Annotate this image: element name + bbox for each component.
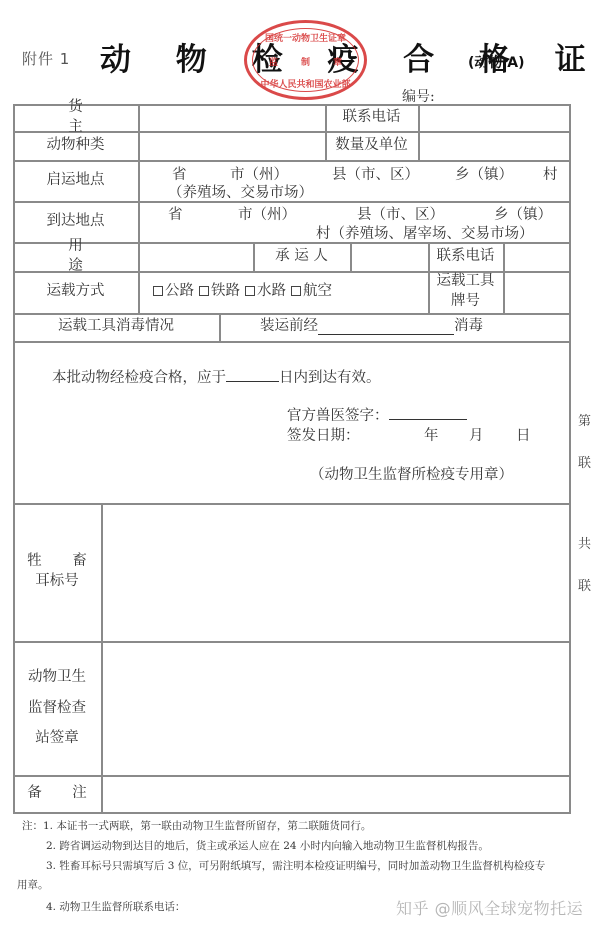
issue-date-year[interactable]: 年: [424, 424, 439, 445]
note-2: 2. 跨省调运动物到达目的地后，货主或承运人应在 24 小时内向输入地动物卫生监…: [46, 838, 489, 853]
checkbox-icon[interactable]: [199, 286, 209, 296]
checkpoint-label-line3: 站签章: [35, 723, 79, 753]
owner-label: 货 主: [13, 104, 138, 131]
seal-bottom-text: 中华人民共和国农业部: [247, 77, 364, 90]
validity-statement: 本批动物经检疫合格，应于日内到达有效。: [52, 366, 381, 387]
transport-option-road[interactable]: 公路: [153, 282, 194, 302]
issue-date-day[interactable]: 日: [516, 424, 531, 445]
vehicle-plate-label: 运载工具 牌号: [428, 271, 503, 313]
checkpoint-stamp-field[interactable]: [102, 641, 569, 775]
carrier-phone-field[interactable]: [504, 242, 569, 271]
origin-village: 村: [543, 163, 558, 184]
checkbox-icon[interactable]: [291, 286, 301, 296]
issue-date-label: 签发日期：: [287, 424, 360, 445]
validity-days-blank[interactable]: [226, 368, 279, 382]
checkbox-icon[interactable]: [245, 286, 255, 296]
option-label: 铁路: [211, 283, 240, 299]
watermark: 知乎 @顺风全球宠物托运: [396, 896, 583, 919]
destination-site-type: 村（养殖场、屠宰场、交易市场）: [316, 222, 534, 243]
vehicle-plate-field[interactable]: [504, 271, 569, 313]
quantity-field[interactable]: [419, 131, 569, 160]
transport-mode-options: 公路 铁路 水路 航空: [153, 271, 423, 313]
vet-signature-label: 官方兽医签字：: [287, 408, 389, 424]
disinfection-field: 装运前经 消毒: [260, 313, 560, 341]
species-field[interactable]: [139, 131, 325, 160]
disinfection-method-blank[interactable]: [318, 319, 454, 335]
issue-date-month[interactable]: 月: [469, 424, 484, 445]
owner-phone-field[interactable]: [419, 104, 569, 131]
vet-signature-blank[interactable]: [389, 406, 467, 420]
option-label: 航空: [303, 283, 332, 299]
vet-signature-row: 官方兽医签字：: [287, 404, 467, 425]
seal-middle-text: 监 制 章: [247, 55, 364, 68]
vehicle-label-line1: 运载工具: [437, 272, 495, 292]
carrier-field[interactable]: [351, 242, 428, 271]
stamp-note: （动物卫生监督所检疫专用章）: [310, 463, 513, 484]
purpose-field[interactable]: [139, 242, 253, 271]
eartag-label-line2: 耳标号: [35, 572, 79, 592]
origin-site-type: （养殖场、交易市场）: [168, 181, 313, 202]
species-label: 动物种类: [13, 131, 138, 160]
purpose-label: 用 途: [13, 242, 138, 271]
seal-top-text: 国统一动物卫生证章: [247, 31, 364, 44]
copy-number-label: 第: [578, 410, 591, 429]
disinfection-label: 运载工具消毒情况: [13, 313, 219, 341]
validity-suffix: 日内到达有效。: [279, 370, 381, 386]
serial-number-label: 编号:: [402, 86, 435, 106]
owner-field[interactable]: [139, 104, 325, 131]
row-divider: [13, 341, 571, 343]
eartag-label: 牲 畜 耳标号: [13, 503, 101, 641]
table-border-right: [569, 104, 571, 813]
destination-province: 省: [168, 203, 183, 224]
carrier-label: 承 运 人: [253, 242, 350, 271]
total-copies-label: 共: [578, 533, 591, 552]
note-4: 4. 动物卫生监督所联系电话：: [46, 899, 185, 914]
destination-county: 县（市、区）: [357, 203, 444, 224]
note-3: 3. 牲畜耳标号只需填写后 3 位，可另附纸填写，需注明本检疫证明编号，同时加盖…: [46, 858, 545, 873]
eartag-field[interactable]: [102, 503, 569, 641]
transport-mode-label: 运载方式: [13, 271, 138, 313]
total-copies-suffix: 联: [578, 575, 591, 594]
disinfection-prefix: 装运前经: [260, 317, 318, 337]
transport-option-water[interactable]: 水路: [245, 282, 286, 302]
note-3-continued: 用章。: [17, 877, 49, 892]
destination-city: 市（州）: [238, 203, 296, 224]
disinfection-suffix: 消毒: [454, 317, 483, 337]
option-label: 水路: [257, 283, 286, 299]
destination-label: 到达地点: [13, 201, 138, 242]
official-seal: 国统一动物卫生证章 监 制 章 中华人民共和国农业部: [244, 20, 367, 100]
eartag-label-line1: 牲 畜: [19, 552, 95, 572]
transport-option-air[interactable]: 航空: [291, 282, 332, 302]
validity-prefix: 本批动物经检疫合格，应于: [52, 370, 226, 386]
note-1: 注：1. 本证书一式两联，第一联由动物卫生监督所留存，第二联随货同行。: [22, 818, 371, 833]
checkpoint-label-line2: 监督检查: [28, 693, 86, 723]
option-label: 公路: [165, 283, 194, 299]
remarks-label: 备 注: [13, 775, 101, 812]
checkpoint-label-line1: 动物卫生: [28, 662, 86, 692]
origin-county: 县（市、区）: [332, 163, 419, 184]
transport-option-rail[interactable]: 铁路: [199, 282, 240, 302]
origin-town: 乡（镇）: [455, 163, 513, 184]
owner-phone-label: 联系电话: [325, 104, 418, 131]
quantity-label: 数量及单位: [325, 131, 418, 160]
vehicle-label-line2: 牌号: [451, 292, 480, 312]
attachment-label: 附件 1: [22, 48, 70, 69]
origin-label: 启运地点: [13, 160, 138, 201]
col-divider: [219, 313, 221, 341]
destination-town: 乡（镇）: [494, 203, 552, 224]
table-border-bottom: [13, 812, 571, 814]
checkpoint-label: 动物卫生 监督检查 站签章: [13, 641, 101, 775]
carrier-phone-label: 联系电话: [428, 242, 503, 271]
remarks-field[interactable]: [102, 775, 569, 812]
copy-number-suffix: 联: [578, 452, 591, 471]
checkbox-icon[interactable]: [153, 286, 163, 296]
document-subtitle: (动物 A): [468, 52, 525, 72]
